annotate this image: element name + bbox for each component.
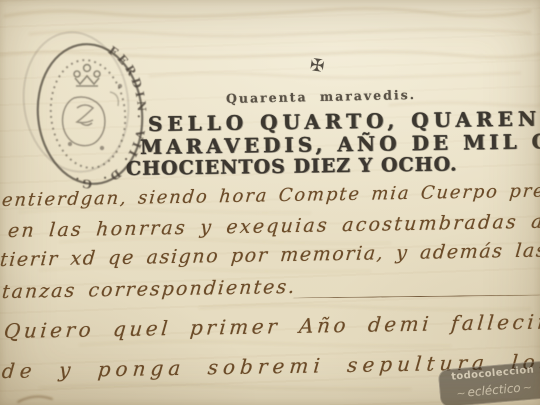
document-photo: FERDIN. VII. D. G. ✠ Quarenta maravedis.… [0,0,540,405]
watermark-seller-label: ecléctico [467,381,521,400]
flourish-left-icon: ~ [454,386,468,400]
crown-icon [74,65,100,86]
cross-ornament-icon: ✠ [309,55,326,77]
seal-inner-ring [46,56,131,171]
tax-heading-line-3: CHOCIENTOS DIEZ Y OCHO. [126,153,458,180]
shield-icon [63,85,122,150]
flourish-right-icon: ~ [520,381,534,395]
